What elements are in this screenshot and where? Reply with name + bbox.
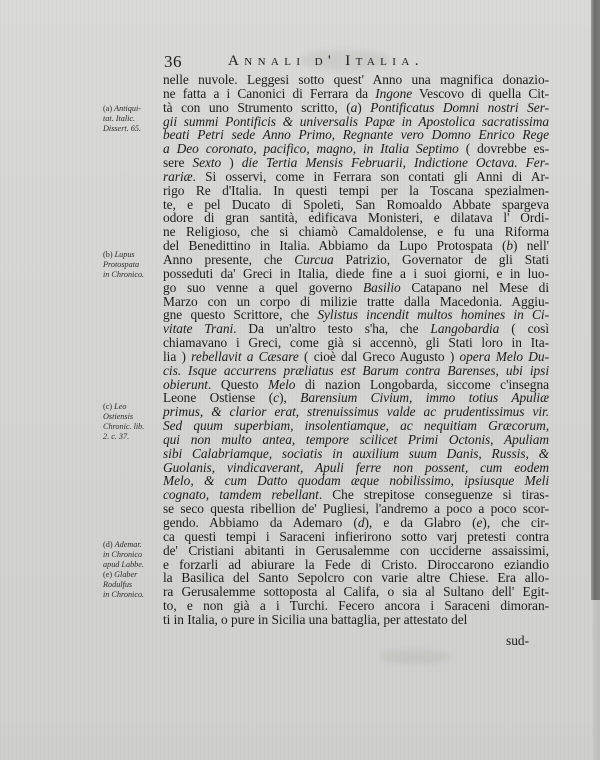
book-page: 36 Annali d' Italia. nelle nuvole. Legge… xyxy=(0,0,600,760)
margin-note-b: (b) LupusProtospatain Chronico. xyxy=(103,250,165,280)
italic-text: Sed quum superbiam, insolentiamque, ac n… xyxy=(163,418,549,433)
running-head: Annali d' Italia. xyxy=(228,53,424,70)
text-run: Catapano nel Mese di xyxy=(401,280,549,295)
text-line: ne fatta a i Canonici di Ferrara da Ingo… xyxy=(163,87,549,101)
italic-text: apud Labbe. xyxy=(103,560,144,569)
text-line: sere Sexto ) die Tertia Mensis Februarii… xyxy=(163,156,549,170)
italic-text: Leo xyxy=(114,402,126,411)
text-line: vitate Trani. Da un'altro testo s'ha, ch… xyxy=(163,322,549,336)
page-header: 36 Annali d' Italia. xyxy=(164,52,548,72)
margin-note-line: tat. Italic. xyxy=(103,114,165,124)
text-line: odore di gran santità, edificava Moniste… xyxy=(163,211,549,225)
text-run: (d) xyxy=(103,540,115,549)
text-line: cis. Isque accurrens præliatus est Barum… xyxy=(163,364,549,378)
text-run: ( così xyxy=(499,321,549,336)
italic-text: in Chronico. xyxy=(103,590,144,599)
text-run: Anno presente, che xyxy=(163,252,294,267)
italic-text: Melo, & cum Datto quodam æque nobilissim… xyxy=(163,473,549,488)
margin-note-a: (a) Antiqui-tat. Italic.Dissert. 65. xyxy=(103,104,165,134)
text-line: Sed quum superbiam, insolentiamque, ac n… xyxy=(163,419,549,433)
text-run: (c) xyxy=(103,402,114,411)
text-run: chiamavano i Greci, come già si accennò,… xyxy=(163,335,549,350)
text-line: de' Cristiani abitanti in Gerusalemme co… xyxy=(163,544,549,558)
italic-text: cis. Isque accurrens præliatus est Barum… xyxy=(163,363,549,378)
text-line: Anno presente, che Curcua Patrizio, Gove… xyxy=(163,253,549,267)
margin-note-line: (b) Lupus xyxy=(103,250,165,260)
text-run: ( cioè dal Greco Augusto ) xyxy=(299,349,460,364)
text-run: di nazion Longobarda, siccome c'insegna xyxy=(295,377,549,392)
italic-text: cognato, tamdem rebellant xyxy=(163,487,319,502)
ink-smudge xyxy=(380,650,450,664)
text-line: lia ) rebellavit a Cæsare ( cioè dal Gre… xyxy=(163,350,549,364)
italic-text: Protospata xyxy=(103,260,139,269)
italic-text: in Chronico. xyxy=(103,270,144,279)
margin-note-line: Rodulfus xyxy=(103,580,165,590)
margin-note-line: in Chronico. xyxy=(103,270,165,280)
italic-text: die Tertia Mensis Februarii, Indictione … xyxy=(242,155,549,170)
margin-note-line: in Chronico xyxy=(103,550,165,560)
margin-note-line: Protospata xyxy=(103,260,165,270)
italic-text: Basilio xyxy=(363,280,401,295)
italic-text: Lupus xyxy=(115,250,135,259)
text-line: Marzo con un corpo di milizie tratte dal… xyxy=(163,295,549,309)
text-run: ( dovrebbe es- xyxy=(459,141,549,156)
text-line: ne Religioso, che si chiamò Camaldolense… xyxy=(163,225,549,239)
page-number: 36 xyxy=(164,52,182,72)
italic-text: Rodulfus xyxy=(103,580,132,589)
text-run: Patrizio, Governator de gli Stati xyxy=(334,252,549,267)
italic-text: sibi Calabriamque, sociatis in auxilium … xyxy=(163,446,549,461)
text-run: go suo venne a quel governo xyxy=(163,280,363,295)
main-text: nelle nuvole. Leggesi sotto quest' Anno … xyxy=(163,73,549,627)
text-line: nelle nuvole. Leggesi sotto quest' Anno … xyxy=(163,73,549,87)
margin-note-line: (c) Leo xyxy=(103,402,165,412)
text-run: ti in Italia, o pure in Sicilia una batt… xyxy=(163,612,467,627)
text-run: rigo Re d'Italia. In questi tempi per la… xyxy=(163,183,549,198)
italic-text: Sexto xyxy=(192,155,221,170)
text-run: te, e pel Ducato di Spoleti, San Romoald… xyxy=(163,197,549,212)
text-run: . Che strepitose conseguenze si tiras- xyxy=(319,487,549,502)
text-line: ra Gerusalemme sottoposta al Califa, o s… xyxy=(163,585,549,599)
italic-text: Dissert. 65. xyxy=(103,124,141,133)
text-line: go suo venne a quel governo Basilio Cata… xyxy=(163,281,549,295)
text-line: primus, & clarior erat, strenuissimus va… xyxy=(163,405,549,419)
italic-text: rariæ xyxy=(163,169,193,184)
margin-note-line: apud Labbe. xyxy=(103,560,165,570)
text-run: ), e da Glabro ( xyxy=(364,515,476,530)
italic-text: 2. c. 37. xyxy=(103,432,129,441)
text-run: ) xyxy=(357,100,370,115)
italic-text: Ingone xyxy=(375,86,412,101)
text-run: . Questo xyxy=(208,377,268,392)
text-line: cognato, tamdem rebellant. Che strepitos… xyxy=(163,488,549,502)
text-run: . Da un'altro testo s'ha, che xyxy=(233,321,430,336)
text-line: ti in Italia, o pure in Sicilia una batt… xyxy=(163,613,549,627)
margin-note-line: 2. c. 37. xyxy=(103,432,165,442)
text-run: gendo. Abbiamo da Ademaro ( xyxy=(163,515,358,530)
italic-text: Curcua xyxy=(294,252,333,267)
text-run: ) xyxy=(221,155,242,170)
text-run: lia ) xyxy=(163,349,191,364)
text-line: gii summi Pontificis & universalis Papæ … xyxy=(163,115,549,129)
margin-note-c: (c) LeoOstiensisChronic. lib.2. c. 37. xyxy=(103,402,165,442)
text-line: gendo. Abbiamo da Ademaro (d), e da Glab… xyxy=(163,516,549,530)
text-run: to, e non già a i Turchi. Fecero ancora … xyxy=(163,598,549,613)
text-run: tà con uno Strumento scritto, ( xyxy=(163,100,351,115)
text-run: de' Cristiani abitanti in Gerusalemme co… xyxy=(163,543,549,558)
text-line: rariæ. Si osservi, come in Ferrara son c… xyxy=(163,170,549,184)
margin-note-line: Dissert. 65. xyxy=(103,124,165,134)
italic-text: Melo xyxy=(268,377,295,392)
text-run: del Benedittino in Italia. Abbiamo da Lu… xyxy=(163,238,506,253)
text-line: Guolanis, vindicaverant, Apuli ferre non… xyxy=(163,461,549,475)
page-edge xyxy=(593,600,600,760)
text-run: gne questo Scrittore, che xyxy=(163,307,317,322)
text-run: ca questi tempi i Saraceni infierirono s… xyxy=(163,529,549,544)
italic-text: Chronic. lib. xyxy=(103,422,144,431)
italic-text: a Deo coronato, pacifico, magno, in Ital… xyxy=(163,141,459,156)
text-run: ) nell' xyxy=(513,238,549,253)
text-line: te, e pel Ducato di Spoleti, San Romoald… xyxy=(163,198,549,212)
text-line: rigo Re d'Italia. In questi tempi per la… xyxy=(163,184,549,198)
italic-text: Langobardia xyxy=(430,321,499,336)
italic-text: qui non multo antea, tempore scilicet Pr… xyxy=(163,432,549,447)
italic-text: Sylistus incendit multos homines in Ci- xyxy=(317,307,549,322)
italic-text: rebellavit a Cæsare xyxy=(191,349,299,364)
text-line: la Basilica del Santo Sepolcro con varie… xyxy=(163,571,549,585)
text-run: Marzo con un corpo di milizie tratte dal… xyxy=(163,294,549,309)
italic-text: Ostiensis xyxy=(103,412,133,421)
text-run: ), xyxy=(279,390,300,405)
text-line: chiamavano i Greci, come già si accennò,… xyxy=(163,336,549,350)
text-run: nelle nuvole. Leggesi sotto quest' Anno … xyxy=(163,72,549,87)
page-edge-shadow xyxy=(591,0,600,600)
margin-note-d-e: (d) Ademar.in Chronicoapud Labbe.(e) Gla… xyxy=(103,540,165,600)
text-line: del Benedittino in Italia. Abbiamo da Lu… xyxy=(163,239,549,253)
italic-text: primus, & clarior erat, strenuissimus va… xyxy=(163,404,549,419)
margin-note-line: Ostiensis xyxy=(103,412,165,422)
text-run: ra Gerusalemme sottoposta al Califa, o s… xyxy=(163,584,549,599)
italic-text: tat. Italic. xyxy=(103,114,135,123)
italic-text: opera Melo Du- xyxy=(459,349,549,364)
text-run: posseduti da' Greci in Italia, diede fin… xyxy=(163,266,549,281)
italic-text: obierunt xyxy=(163,377,208,392)
margin-note-line: in Chronico. xyxy=(103,590,165,600)
italic-text: beati Petri sede Anno Primo, Regnante ve… xyxy=(163,127,549,142)
italic-text: Antiqui- xyxy=(114,104,141,113)
italic-text: Guolanis, vindicaverant, Apuli ferre non… xyxy=(163,460,549,475)
text-line: e forzarli ad abiurare la Fede di Cristo… xyxy=(163,558,549,572)
text-line: qui non multo antea, tempore scilicet Pr… xyxy=(163,433,549,447)
text-run: la Basilica del Santo Sepolcro con varie… xyxy=(163,570,549,585)
text-run: ne fatta a i Canonici di Ferrara da xyxy=(163,86,375,101)
text-run: . Si osservi, come in Ferrara son contat… xyxy=(193,169,549,184)
text-line: gne questo Scrittore, che Sylistus incen… xyxy=(163,308,549,322)
text-line: posseduti da' Greci in Italia, diede fin… xyxy=(163,267,549,281)
text-run: (b) xyxy=(103,250,115,259)
text-run: sere xyxy=(163,155,192,170)
text-line: a Deo coronato, pacifico, magno, in Ital… xyxy=(163,142,549,156)
text-run: ne Religioso, che si chiamò Camaldolense… xyxy=(163,224,549,239)
italic-text: Glaber xyxy=(114,570,137,579)
italic-text: Ademar. xyxy=(115,540,142,549)
italic-text: in Chronico xyxy=(103,550,142,559)
text-run: odore di gran santità, edificava Moniste… xyxy=(163,210,549,225)
margin-note-line: Chronic. lib. xyxy=(103,422,165,432)
text-line: ca questi tempi i Saraceni infierirono s… xyxy=(163,530,549,544)
italic-text: Pontificatus Domni nostri Ser- xyxy=(370,100,549,115)
text-line: beati Petri sede Anno Primo, Regnante ve… xyxy=(163,128,549,142)
text-line: Leone Ostiense (c), Barensium Civium, im… xyxy=(163,391,549,405)
margin-note-line: (e) Glaber xyxy=(103,570,165,580)
text-run: ), che cir- xyxy=(482,515,549,530)
text-line: se seco questa ribellion de' Pugliesi, l… xyxy=(163,502,549,516)
text-run: (a) xyxy=(103,104,114,113)
italic-text: gii summi Pontificis & universalis Papæ … xyxy=(163,114,549,129)
margin-note-line: (a) Antiqui- xyxy=(103,104,165,114)
catchword: sud- xyxy=(506,633,529,649)
italic-text: vitate Trani xyxy=(163,321,233,336)
italic-text: Barensium Civium, immo totius Apuliæ xyxy=(300,390,549,405)
text-run: e forzarli ad abiurare la Fede di Cristo… xyxy=(163,557,549,572)
text-line: tà con uno Strumento scritto, (a) Pontif… xyxy=(163,101,549,115)
text-run: Leone Ostiense ( xyxy=(163,390,273,405)
margin-note-line: (d) Ademar. xyxy=(103,540,165,550)
text-line: to, e non già a i Turchi. Fecero ancora … xyxy=(163,599,549,613)
text-run: (e) xyxy=(103,570,114,579)
text-line: obierunt. Questo Melo di nazion Longobar… xyxy=(163,378,549,392)
text-run: Vescovo di quella Cit- xyxy=(412,86,549,101)
text-line: sibi Calabriamque, sociatis in auxilium … xyxy=(163,447,549,461)
text-line: Melo, & cum Datto quodam æque nobilissim… xyxy=(163,474,549,488)
text-run: se seco questa ribellion de' Pugliesi, l… xyxy=(163,501,549,516)
